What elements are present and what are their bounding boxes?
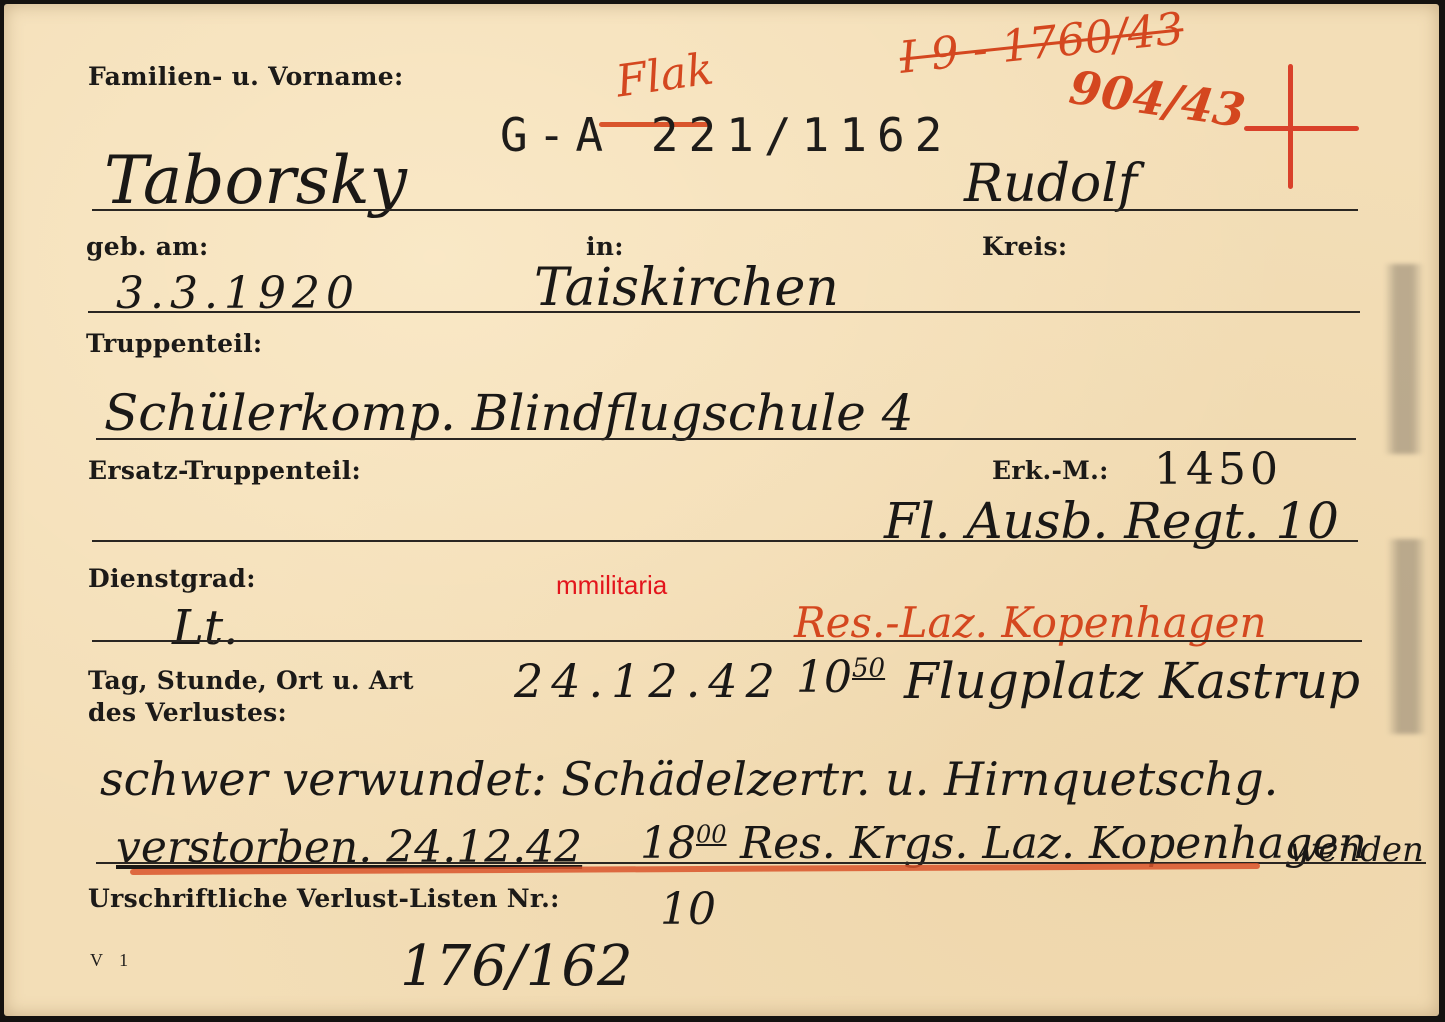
birth-place-label: in: [586, 232, 624, 261]
replacement-unit-rule [92, 540, 1358, 542]
surname-value: Taborsky [104, 142, 407, 219]
rank-rule [92, 640, 1362, 642]
replacement-unit-label: Ersatz-Truppenteil: [88, 456, 361, 485]
birth-place-value: Taiskirchen [534, 258, 839, 318]
given-name-value: Rudolf [964, 154, 1137, 214]
rank-value: Lt. [172, 600, 238, 656]
erk-value: 1450 [1154, 444, 1282, 495]
loss-description: schwer verwundet: Schädelzertr. u. Hirnq… [100, 752, 1278, 806]
name-label: Familien- u. Vorname: [88, 62, 403, 91]
loss-date-value: 24.12.42 [514, 654, 783, 708]
file-number-stamp: G-A 221/1162 [500, 108, 952, 162]
loss-list-number: 10 [660, 884, 716, 935]
loss-time-hours: 10 [796, 652, 852, 703]
district-label: Kreis: [982, 232, 1067, 261]
loss-place-value: Flugplatz Kastrup [904, 652, 1360, 710]
watermark-text: mmilitaria [556, 570, 667, 601]
loss-list-label: Urschriftliche Verlust-Listen Nr.: [88, 884, 560, 913]
loss-label-line1: Tag, Stunde, Ort u. Art [88, 666, 414, 695]
loss-time-value: 1050 [796, 652, 885, 703]
death-time-minutes: 00 [696, 820, 727, 848]
loss-record-card: Familien- u. Vorname: Flak G-A 221/1162 … [4, 4, 1439, 1016]
red-annotation-flak: Flak [613, 43, 717, 107]
loss-list-reference: 176/162 [400, 934, 633, 999]
birth-date-label: geb. am: [86, 232, 209, 261]
erk-label: Erk.-M.: [992, 456, 1109, 485]
unit-rule [96, 438, 1356, 440]
name-rule [92, 209, 1358, 211]
paper-stain [1384, 264, 1424, 454]
unit-label: Truppenteil: [86, 329, 262, 358]
red-reference-new: 904/43 [1066, 60, 1249, 138]
death-cross-icon [1244, 64, 1359, 194]
unit-value: Schülerkomp. Blindflugschule 4 [104, 384, 914, 442]
loss-time-minutes: 50 [852, 653, 885, 683]
loss-label-line2: des Verlustes: [88, 698, 287, 727]
birth-rule [88, 311, 1360, 313]
paper-stain [1387, 539, 1427, 734]
rank-label: Dienstgrad: [88, 564, 256, 593]
death-note: verstorben. 24.12.42 [116, 822, 582, 873]
form-code: V 1 [90, 950, 134, 971]
turn-over-note: wenden [1289, 830, 1424, 870]
